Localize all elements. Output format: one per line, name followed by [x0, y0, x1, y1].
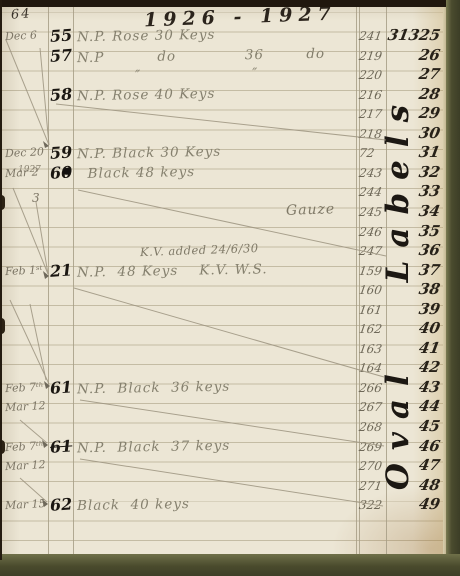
entry-date: Mar 15 — [5, 497, 50, 512]
ledger-row: 24534 — [2, 204, 443, 223]
entry-date: Feb 7ᵗʰ — [5, 380, 50, 395]
ledger-row: 21729 — [2, 106, 443, 125]
item-number: 61 — [49, 377, 76, 398]
entry-description: N.P do 36 do — [77, 45, 325, 65]
book-edge-left — [0, 0, 2, 560]
ledger-row: ″ ″22027 — [2, 67, 443, 86]
item-number: 21 — [49, 260, 76, 281]
book-edge-bottom — [0, 554, 460, 576]
item-number: 59 — [49, 142, 76, 163]
handwriting-layer: 64 1926 - 1927 1927 3 Gauze K.V. added 2… — [2, 7, 443, 554]
book-edge-top — [0, 0, 448, 7]
entry-date: Dec 6 — [5, 28, 50, 43]
entry-date: Feb 7ᵗʰ — [5, 438, 50, 453]
entry-description: N.P. Rose 30 Keys — [77, 27, 216, 45]
entry-date: Dec 20 — [5, 145, 50, 160]
ledger-row: 24635 — [2, 224, 443, 243]
ink-blot-icon — [63, 167, 71, 175]
ledger-row: Feb 1ˢᵗ21N.P. 48 Keys K.V. W.S.15937 — [2, 263, 443, 282]
entry-date: Feb 1ˢᵗ — [5, 262, 50, 277]
ledger-row: Dec 2059N.P. Black 30 Keys7231 — [2, 145, 443, 164]
ledger-row: 16038 — [2, 282, 443, 301]
serial-number: 31325 — [386, 26, 441, 44]
entry-date: Mar 12 — [5, 458, 50, 473]
ledger-row: 26845 — [2, 419, 443, 438]
ledger-row: Mar 260 Black 48 keys24332 — [2, 165, 443, 184]
ref-number: 241 — [358, 29, 387, 43]
entry-description: N.P. Rose 40 Keys — [77, 85, 216, 103]
entry-description: Black 48 keys — [77, 164, 195, 182]
ledger-row: Feb 7ᵗʰ61N.P. Black 37 keys26946 — [2, 439, 443, 458]
entry-description: N.P. Black 37 keys — [77, 437, 231, 456]
vertical-annotation: Oval Labels — [380, 71, 420, 511]
ledger-row: 16240 — [2, 321, 443, 340]
serial-number: 26 — [386, 46, 441, 64]
ledger-row: 24433 — [2, 184, 443, 203]
ledger-row: Mar 1227047 — [2, 458, 443, 477]
entry-description: ″ ″ — [77, 66, 259, 85]
ledger-row: 16341 — [2, 341, 443, 360]
ledger-row: 58N.P. Rose 40 Keys21628 — [2, 87, 443, 106]
item-number: 60 — [49, 162, 76, 183]
ledger-page: 64 1926 - 1927 1927 3 Gauze K.V. added 2… — [2, 7, 443, 554]
book-edge-right — [446, 0, 460, 576]
page-number: 64 — [11, 6, 33, 22]
ledger-row: 16442 — [2, 360, 443, 379]
ledger-row: Dec 655N.P. Rose 30 Keys24131325 — [2, 28, 443, 47]
item-number: 55 — [49, 25, 76, 46]
entry-description: Black 40 keys — [77, 496, 190, 514]
ledger-row: 57N.P do 36 do21926 — [2, 48, 443, 67]
ref-number: 219 — [358, 49, 387, 63]
item-number: 58 — [49, 84, 76, 105]
scanned-ledger-photo: 64 1926 - 1927 1927 3 Gauze K.V. added 2… — [0, 0, 460, 576]
ledger-row: Feb 7ᵗʰ61N.P. Black 36 keys26643 — [2, 380, 443, 399]
item-number: 57 — [49, 45, 76, 66]
item-number: 62 — [49, 494, 76, 515]
ledger-row: Mar 1562Black 40 keys32249 — [2, 497, 443, 516]
ledger-row: Mar 1226744 — [2, 399, 443, 418]
ledger-row: 24736 — [2, 243, 443, 262]
entry-date: Mar 12 — [5, 399, 50, 414]
entry-date: Mar 2 — [5, 165, 50, 180]
ledger-row: 16139 — [2, 302, 443, 321]
item-number: 61 — [49, 436, 76, 457]
entry-description: N.P. 48 Keys K.V. W.S. — [77, 261, 268, 280]
entry-description: N.P. Black 36 keys — [77, 379, 231, 398]
entry-description: N.P. Black 30 Keys — [77, 144, 221, 163]
